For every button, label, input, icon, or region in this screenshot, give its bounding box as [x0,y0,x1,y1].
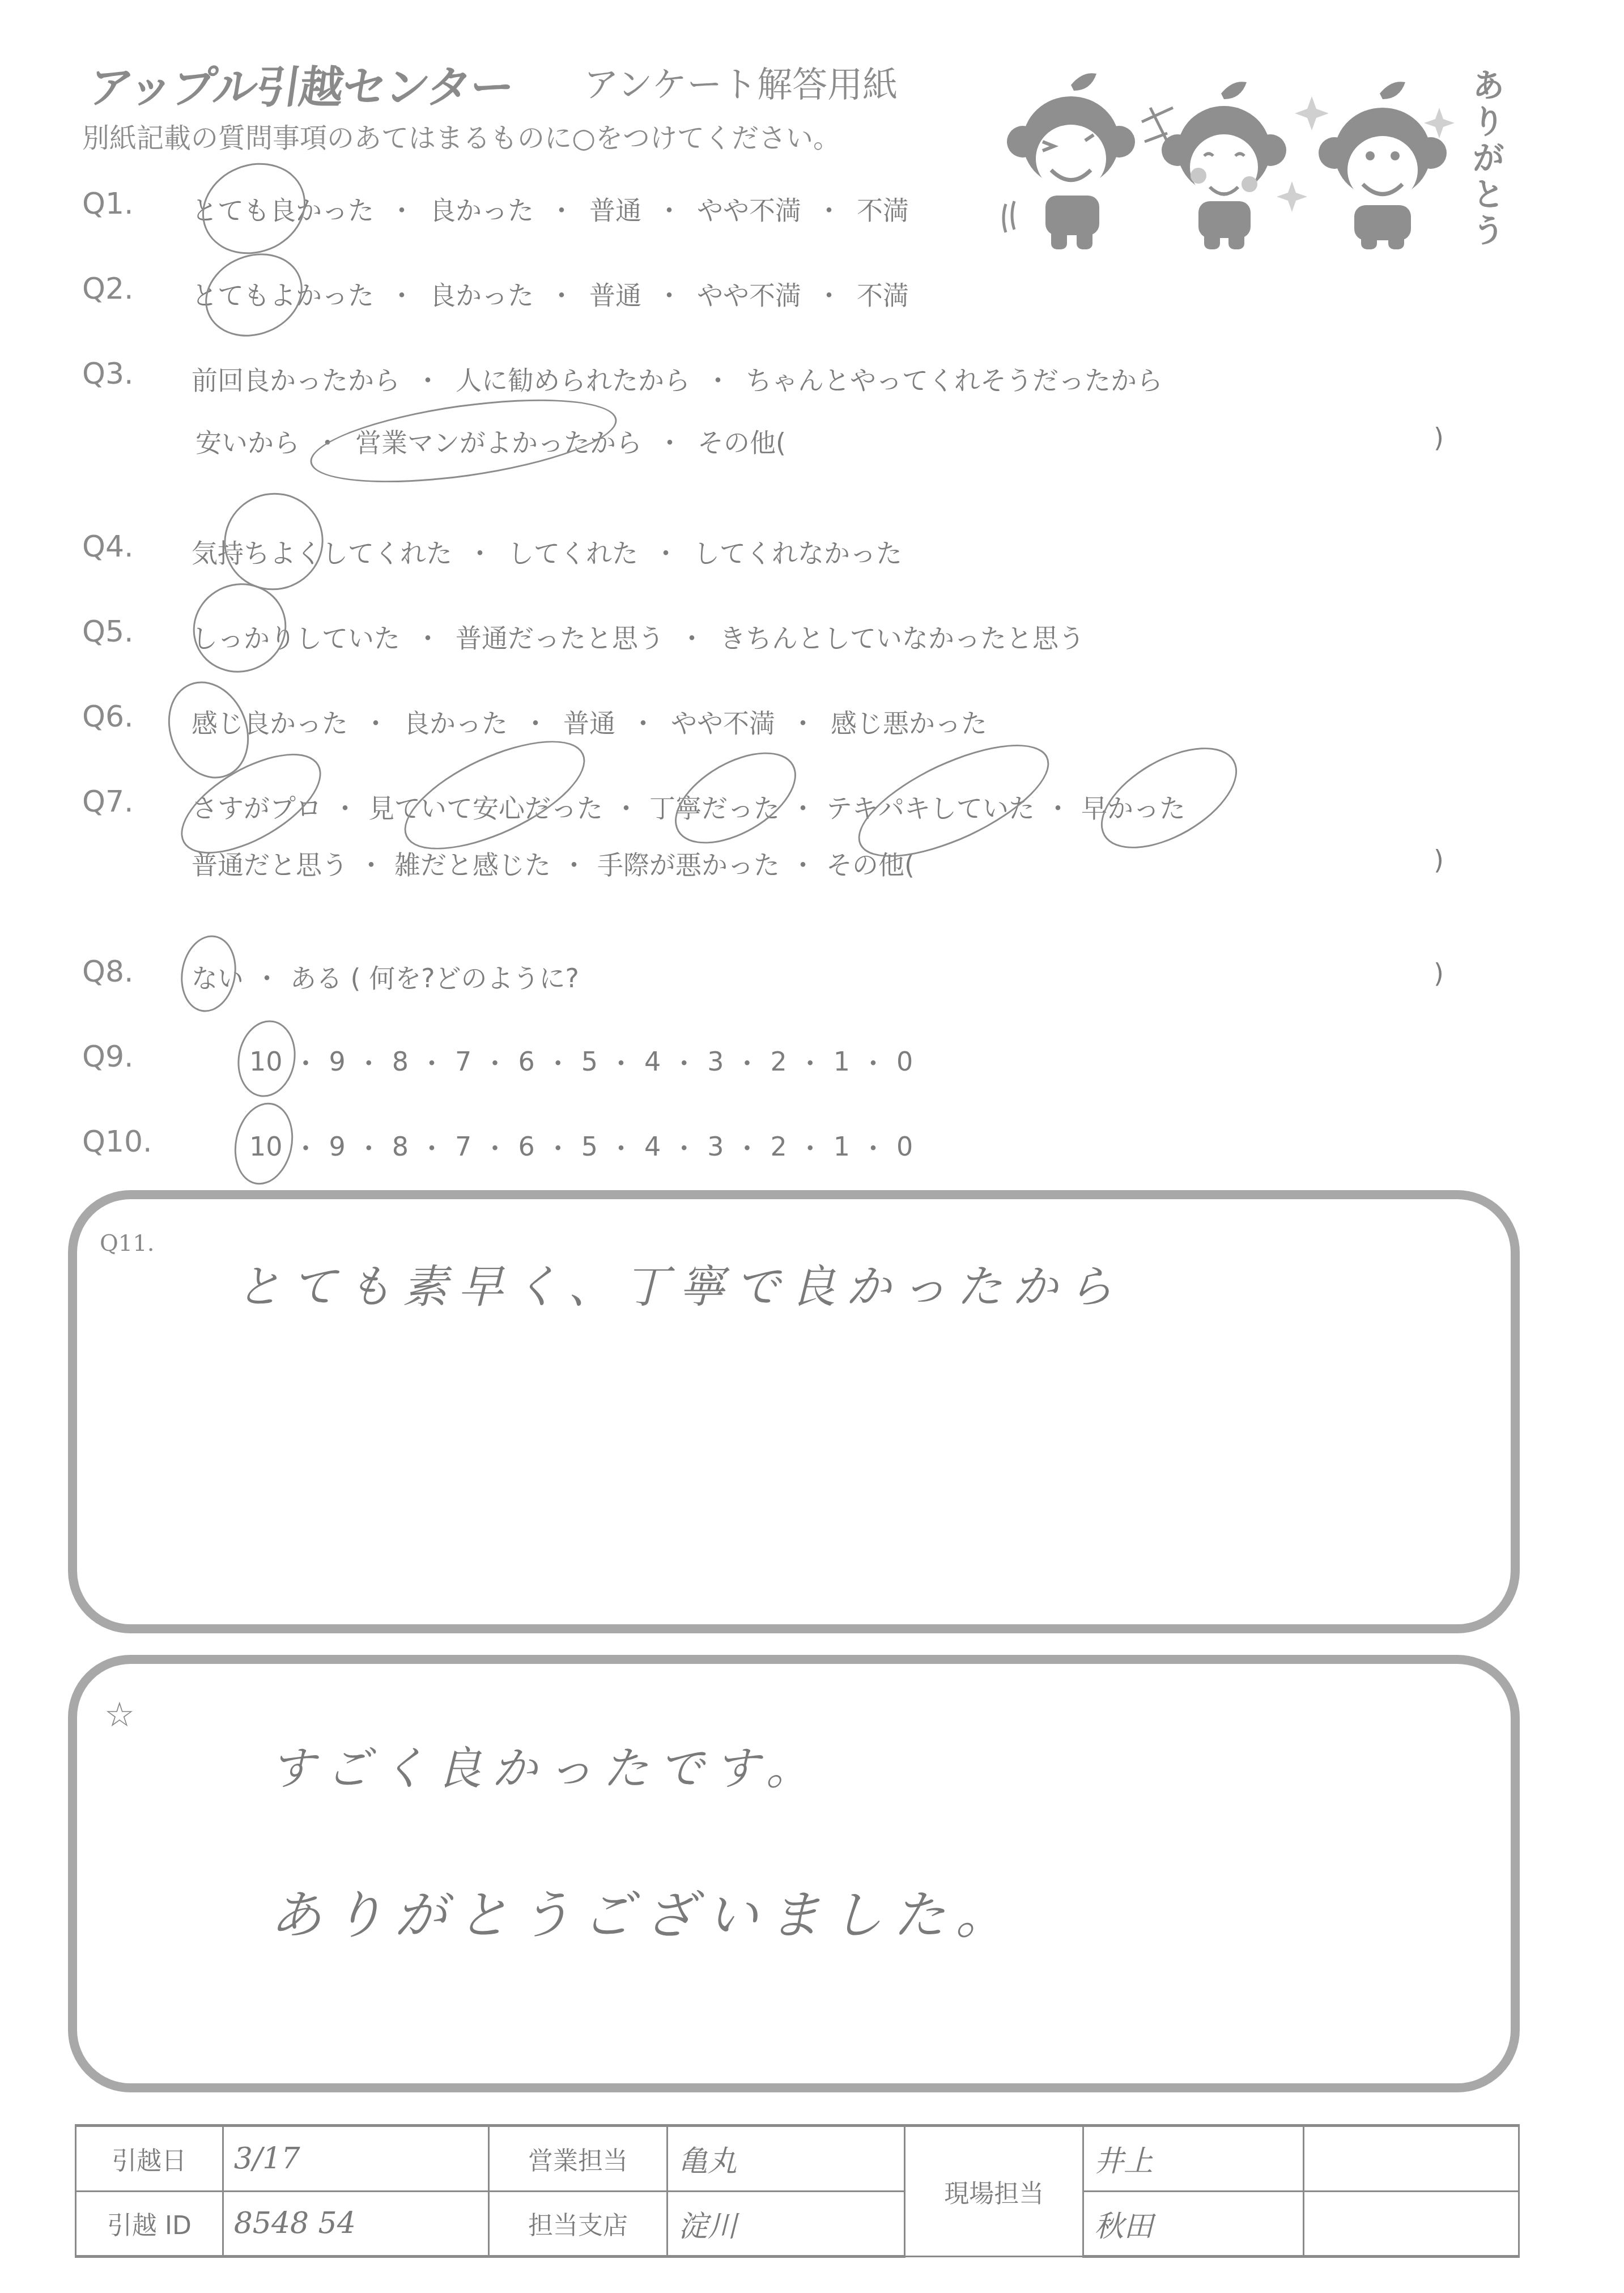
option-q9-9[interactable]: 9 [329,1046,346,1077]
option-q8-1[interactable]: ない [192,958,244,995]
option-q7-1[interactable]: さすがプロ [192,788,322,825]
comments-box[interactable]: ☆ すごく良かったです。 ありがとうございました。 [68,1655,1520,2092]
option-q9-0[interactable]: 0 [896,1046,913,1077]
question-options-q6: 感じ良かった・ 良かった・ 普通・ やや不満・ 感じ悪かった [192,703,987,740]
question-label-q11: Q11. [100,1230,154,1256]
question-label-q1: Q1. [82,187,134,221]
comment-line-1: すごく良かったです。 [270,1732,822,1797]
option-q1-2[interactable]: 良かった [430,190,534,227]
option-q2-5[interactable]: 不満 [857,275,909,312]
option-q4-3[interactable]: してくれなかった [694,533,902,570]
option-q6-4[interactable]: やや不満 [671,703,775,740]
site-staff-value-2[interactable]: 秋田 [1083,2191,1304,2257]
question-label-q10: Q10. [82,1125,152,1159]
option-q2-4[interactable]: やや不満 [697,275,801,312]
question-options-q10: 10・ 9・ 8・ 7・ 6・ 5・ 4・ 3・ 2・ 1・ 0 [249,1128,913,1165]
option-q7-6[interactable]: 普通だと思う [192,844,348,882]
question-label-q3: Q3. [82,357,134,391]
option-q10-8[interactable]: 8 [392,1131,409,1162]
option-q9-1[interactable]: 1 [834,1046,850,1077]
option-q9-10[interactable]: 10 [249,1046,283,1077]
question-label-q6: Q6. [82,700,134,734]
option-q10-2[interactable]: 2 [771,1131,787,1162]
question-options-q4: 気持ちよくしてくれた・ してくれた・ してくれなかった [192,533,902,570]
option-q9-7[interactable]: 7 [455,1046,471,1077]
question-options-q2: とてもよかった・ 良かった・ 普通・ やや不満・ 不満 [192,275,909,312]
option-q1-3[interactable]: 普通 [589,190,641,227]
question-options-q3-line2: 安いから・ 営業マンがよかったから・ その他( [195,422,786,460]
q8-close-paren: ) [1434,958,1444,988]
option-q10-0[interactable]: 0 [896,1131,913,1162]
option-q3-3[interactable]: ちゃんとやってくれそうだったから [746,360,1163,397]
option-q7-2[interactable]: 見ていて安心だった [368,788,603,825]
option-q9-2[interactable]: 2 [771,1046,787,1077]
option-q9-5[interactable]: 5 [581,1046,598,1077]
option-q9-3[interactable]: 3 [707,1046,724,1077]
question-label-q4: Q4. [82,530,134,564]
option-q7-4[interactable]: テキパキしていた [826,788,1035,825]
question-options-q3-line1: 前回良かったから・ 人に勧められたから・ ちゃんとやってくれそうだったから [192,360,1163,397]
option-q1-1[interactable]: とても良かった [192,190,374,227]
option-q10-5[interactable]: 5 [581,1131,598,1162]
option-q5-3[interactable]: きちんとしていなかったと思う [720,618,1085,655]
option-q8-2[interactable]: ある ( 何を?どのように? [290,958,579,995]
question-label-q9: Q9. [82,1040,134,1074]
option-q3-5[interactable]: 営業マンがよかったから [355,422,642,460]
option-q4-1[interactable]: 気持ちよくしてくれた [192,533,452,570]
move-id-value[interactable]: 8548 54 [223,2191,489,2257]
move-info-table: 引越日 3/17 営業担当 亀丸 現場担当 井上 引越 ID 8548 54 担… [75,2124,1520,2258]
option-q5-2[interactable]: 普通だったと思う [456,618,664,655]
move-date-label: 引越日 [76,2126,223,2192]
option-q7-7[interactable]: 雑だと感じた [394,844,551,882]
option-q6-1[interactable]: 感じ良かった [192,703,348,740]
move-id-label: 引越 ID [76,2191,223,2257]
option-q5-1[interactable]: しっかりしていた [192,618,400,655]
question-options-q9: 10・ 9・ 8・ 7・ 6・ 5・ 4・ 3・ 2・ 1・ 0 [249,1043,913,1080]
question-label-q5: Q5. [82,615,134,649]
question-label-q2: Q2. [82,272,134,306]
option-q10-1[interactable]: 1 [834,1131,850,1162]
branch-label: 担当支店 [489,2191,668,2257]
form-title: アンケート解答用紙 [584,57,898,107]
site-staff-extra-1[interactable] [1304,2126,1519,2192]
option-q3-6[interactable]: その他( [698,422,786,460]
q7-other-close-paren: ) [1434,844,1444,875]
company-brand: アップル引越センター [85,52,518,116]
option-q9-6[interactable]: 6 [518,1046,534,1077]
option-q7-8[interactable]: 手際が悪かった [597,844,780,882]
option-q9-8[interactable]: 8 [392,1046,409,1077]
option-q6-5[interactable]: 感じ悪かった [831,703,987,740]
comment-line-2: ありがとうございました。 [270,1874,1018,1948]
form-instruction: 別紙記載の質問事項のあてはまるものに○をつけてください。 [82,116,840,155]
question-options-q7-line1: さすがプロ・ 見ていて安心だった・ 丁寧だった・ テキパキしていた・ 早かった [192,788,1185,825]
option-q6-2[interactable]: 良かった [403,703,508,740]
sales-rep-label: 営業担当 [489,2126,668,2192]
option-q3-4[interactable]: 安いから [195,422,300,460]
question-options-q7-line2: 普通だと思う・ 雑だと感じた・ 手際が悪かった・ その他( [192,844,915,882]
option-q7-3[interactable]: 丁寧だった [649,788,780,825]
option-q10-7[interactable]: 7 [455,1131,471,1162]
sales-rep-value[interactable]: 亀丸 [667,2126,904,2192]
option-q7-9[interactable]: その他( [826,844,915,882]
option-q10-3[interactable]: 3 [707,1131,724,1162]
option-q3-1[interactable]: 前回良かったから [192,360,400,397]
monkey-mascots-icon [986,57,1507,249]
option-q1-5[interactable]: 不満 [857,190,909,227]
option-q4-2[interactable]: してくれた [508,533,638,570]
site-staff-value-1[interactable]: 井上 [1083,2126,1304,2192]
question-label-q8: Q8. [82,955,134,989]
option-q9-4[interactable]: 4 [644,1046,661,1077]
move-date-value[interactable]: 3/17 [223,2126,489,2192]
question-options-q5: しっかりしていた・ 普通だったと思う・ きちんとしていなかったと思う [192,618,1085,655]
option-q3-2[interactable]: 人に勧められたから [456,360,690,397]
q3-other-close-paren: ) [1434,422,1444,453]
option-q7-5[interactable]: 早かった [1081,788,1185,825]
option-q2-1[interactable]: とてもよかった [192,275,374,312]
option-q10-6[interactable]: 6 [518,1131,534,1162]
q11-handwritten-answer: とても素早く、丁寧で良かったから [236,1250,1123,1315]
mascot-illustration [986,57,1507,249]
star-icon: ☆ [104,1695,135,1735]
site-staff-label: 現場担当 [905,2126,1083,2257]
question-options-q8: ない・ ある ( 何を?どのように? [192,958,579,995]
option-q10-9[interactable]: 9 [329,1131,346,1162]
option-q2-3[interactable]: 普通 [589,275,641,312]
question-options-q1: とても良かった・ 良かった・ 普通・ やや不満・ 不満 [192,190,909,227]
question-label-q7: Q7. [82,785,134,819]
option-q10-10[interactable]: 10 [249,1131,283,1162]
branch-value[interactable]: 淀川 [667,2191,904,2257]
option-q10-4[interactable]: 4 [644,1131,661,1162]
mascot-caption: ありがとう [1462,68,1510,249]
option-q6-3[interactable]: 普通 [563,703,615,740]
option-q2-2[interactable]: 良かった [430,275,534,312]
q11-answer-box[interactable]: Q11. とても素早く、丁寧で良かったから [68,1190,1520,1633]
site-staff-extra-2[interactable] [1304,2191,1519,2257]
option-q1-4[interactable]: やや不満 [697,190,801,227]
